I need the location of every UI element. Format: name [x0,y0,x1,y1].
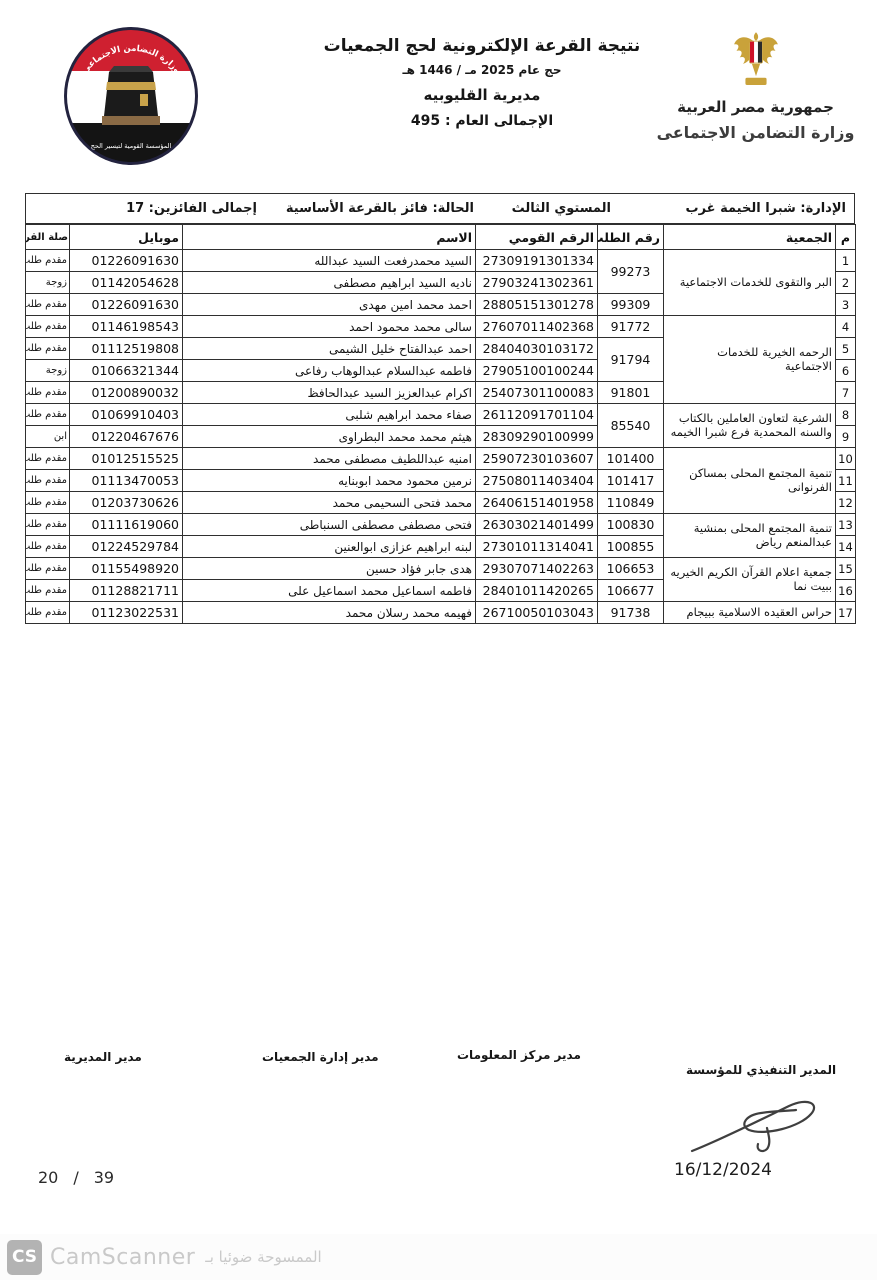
table-row: 10تنمية المجتمع المحلى بمساكن الفرنوانى1… [26,448,856,470]
cell-row-number: 12 [836,492,856,514]
table-body: 1البر والتقوى للخدمات الاجتماعية99273273… [26,250,856,624]
cell-request-no: 101417 [598,470,664,492]
cell-association: جمعية اعلام القرآن الكريم الخيريه ببيت ن… [664,558,836,602]
cell-row-number: 8 [836,404,856,426]
page-total: 39 [94,1168,114,1187]
cell-request-no: 91794 [598,338,664,382]
cell-request-no: 100830 [598,514,664,536]
camscanner-scanned-by: الممسوحة ضوئيا بـ [205,1248,321,1266]
egypt-emblem-block: جمهورية مصر العربية وزارة التضامن الاجتم… [648,28,863,142]
cell-national-id: 28404030103172 [476,338,598,360]
cell-mobile: 01224529784 [70,536,183,558]
col-header-national-id: الرقم القومي [476,225,598,250]
cell-row-number: 16 [836,580,856,602]
camscanner-watermark-bar: CS CamScanner الممسوحة ضوئيا بـ [0,1234,877,1280]
signature-title-directorate-manager: مدير المديرية [64,1050,142,1064]
cell-mobile: 01111619060 [70,514,183,536]
cell-national-id: 27301011314041 [476,536,598,558]
cell-kinship: مقدم طلب [26,404,70,426]
cell-request-no: 91772 [598,316,664,338]
cell-association: تنمية المجتمع المحلى بمنشية عبدالمنعم ري… [664,514,836,558]
cell-name: صفاء محمد ابراهيم شلبى [183,404,476,426]
cell-mobile: 01123022531 [70,602,183,624]
table-header-row: مالجمعيةرقم الطلبالرقم القوميالاسمموبايل… [26,225,856,250]
cell-mobile: 01220467676 [70,426,183,448]
cell-row-number: 3 [836,294,856,316]
cell-request-no: 91801 [598,382,664,404]
cell-row-number: 4 [836,316,856,338]
cell-row-number: 17 [836,602,856,624]
cell-association: الرحمه الخيرية للخدمات الاجتماعية [664,316,836,404]
logo-bottom-text: المؤسسة القومية لتيسير الحج [91,142,172,150]
cell-national-id: 25407301100083 [476,382,598,404]
cell-mobile: 01203730626 [70,492,183,514]
cell-kinship: مقدم طلب [26,338,70,360]
cell-national-id: 26406151401958 [476,492,598,514]
cell-name: هيثم محمد محمد البطراوى [183,426,476,448]
administration-field: الإدارة: شبرا الخيمة غرب [686,201,846,216]
cell-name: امنيه عبداللطيف مصطفى محمد [183,448,476,470]
level-field: المستوي الثالث [512,201,611,216]
col-header-association: الجمعية [664,225,836,250]
cell-mobile: 01226091630 [70,250,183,272]
cell-association: البر والتقوى للخدمات الاجتماعية [664,250,836,316]
cell-name: فهيمه محمد رسلان محمد [183,602,476,624]
cell-row-number: 5 [836,338,856,360]
cell-kinship: ابن [26,426,70,448]
cell-kinship: مقدم طلب [26,382,70,404]
cell-row-number: 13 [836,514,856,536]
cell-name: سالى محمد محمود احمد [183,316,476,338]
cell-name: السيد محمدرفعت السيد عبدالله [183,250,476,272]
cell-national-id: 26112091701104 [476,404,598,426]
cell-kinship: مقدم طلب [26,470,70,492]
cell-request-no: 106677 [598,580,664,602]
cell-name: نرمين محمود محمد ابوبنايه [183,470,476,492]
cell-national-id: 27903241302361 [476,272,598,294]
table-row: 17حراس العقيده الاسلامية ببيجام917382671… [26,602,856,624]
cell-request-no: 99309 [598,294,664,316]
republic-name: جمهورية مصر العربية [648,98,863,116]
cell-kinship: مقدم طلب [26,536,70,558]
cell-name: ناديه السيد ابراهيم مصطفى [183,272,476,294]
cell-kinship: مقدم طلب [26,558,70,580]
cell-request-no: 106653 [598,558,664,580]
cell-request-no: 110849 [598,492,664,514]
cell-kinship: مقدم طلب [26,294,70,316]
cell-kinship: مقدم طلب [26,316,70,338]
cell-mobile: 01012515525 [70,448,183,470]
ministry-name: وزارة التضامن الاجتماعى [648,123,863,142]
cell-row-number: 11 [836,470,856,492]
cell-row-number: 14 [836,536,856,558]
camscanner-brand: CamScanner [50,1245,195,1270]
signature-title-associations-manager: مدير إدارة الجمعيات [262,1050,379,1064]
info-bar: الإدارة: شبرا الخيمة غرب المستوي الثالث … [25,193,855,224]
cell-kinship: مقدم طلب [26,580,70,602]
cell-national-id: 27905100100244 [476,360,598,382]
cell-kinship: مقدم طلب [26,250,70,272]
cell-request-no: 100855 [598,536,664,558]
cell-name: فتحى مصطفى مصطفى السنباطى [183,514,476,536]
cell-national-id: 26303021401499 [476,514,598,536]
col-header-kinship: صلة القرابه [26,225,70,250]
document-date: 16/12/2024 [674,1160,772,1180]
signature-title-executive-manager: المدير التنفيذي للمؤسسة [686,1063,836,1077]
cell-request-no: 91738 [598,602,664,624]
cell-national-id: 26710050103043 [476,602,598,624]
cell-national-id: 27607011402368 [476,316,598,338]
status-field: الحالة: فائز بالقرعة الأساسية [286,201,474,216]
table-row: 8الشرعية لتعاون العاملين بالكتاب والسنه … [26,404,856,426]
lottery-results-table: مالجمعيةرقم الطلبالرقم القوميالاسمموبايل… [25,224,856,624]
cell-association: حراس العقيده الاسلامية ببيجام [664,602,836,624]
col-header-name: الاسم [183,225,476,250]
cell-mobile: 01146198543 [70,316,183,338]
handwritten-signature [688,1083,823,1161]
col-header-num: م [836,225,856,250]
cell-name: اكرام عبدالعزيز السيد عبدالحافظ [183,382,476,404]
table-row: 15جمعية اعلام القرآن الكريم الخيريه ببيت… [26,558,856,580]
cell-name: احمد عبدالفتاح خليل الشيمى [183,338,476,360]
camscanner-icon: CS [7,1240,42,1275]
cell-row-number: 1 [836,250,856,272]
cell-kinship: زوجة [26,272,70,294]
cell-row-number: 10 [836,448,856,470]
cell-name: لبنه ابراهيم عزازى ابوالعنين [183,536,476,558]
cell-request-no: 99273 [598,250,664,294]
table-row: 13تنمية المجتمع المحلى بمنشية عبدالمنعم … [26,514,856,536]
winners-total-field: إجمالى الفائزين: 17 [126,201,257,216]
cell-mobile: 01200890032 [70,382,183,404]
table-row: 4الرحمه الخيرية للخدمات الاجتماعية917722… [26,316,856,338]
cell-row-number: 2 [836,272,856,294]
cell-mobile: 01226091630 [70,294,183,316]
cell-mobile: 01113470053 [70,470,183,492]
col-header-request-no: رقم الطلب [598,225,664,250]
cell-national-id: 27508011403404 [476,470,598,492]
cell-name: احمد محمد امين مهدى [183,294,476,316]
cell-kinship: زوجة [26,360,70,382]
hajj-foundation-logo: وزارة التضامن الاجتماعي المؤسسة القومية … [60,24,202,172]
cell-kinship: مقدم طلب [26,448,70,470]
cell-national-id: 29307071402263 [476,558,598,580]
cell-row-number: 15 [836,558,856,580]
cell-request-no: 85540 [598,404,664,448]
cell-kinship: مقدم طلب [26,492,70,514]
cell-mobile: 01069910403 [70,404,183,426]
cell-row-number: 9 [836,426,856,448]
cell-mobile: 01066321344 [70,360,183,382]
cell-national-id: 28309290100999 [476,426,598,448]
cell-name: هدى جابر فؤاد حسين [183,558,476,580]
cell-row-number: 7 [836,382,856,404]
cell-row-number: 6 [836,360,856,382]
cell-mobile: 01155498920 [70,558,183,580]
cell-mobile: 01142054628 [70,272,183,294]
scanned-document-page: وزارة التضامن الاجتماعي المؤسسة القومية … [0,0,877,1280]
egypt-eagle-icon [730,28,782,90]
cell-kinship: مقدم طلب [26,514,70,536]
cell-national-id: 28805151301278 [476,294,598,316]
page-current: 20 [38,1168,58,1187]
cell-national-id: 25907230103607 [476,448,598,470]
signature-title-info-center-manager: مدير مركز المعلومات [457,1048,581,1062]
kaaba-oval-logo-icon: وزارة التضامن الاجتماعي المؤسسة القومية … [60,24,202,168]
cell-mobile: 01128821711 [70,580,183,602]
table-row: 1البر والتقوى للخدمات الاجتماعية99273273… [26,250,856,272]
cell-request-no: 101400 [598,448,664,470]
col-header-mobile: موبايل [70,225,183,250]
page-number: 20 / 39 [38,1168,114,1187]
cell-national-id: 28401011420265 [476,580,598,602]
cell-mobile: 01112519808 [70,338,183,360]
cell-kinship: مقدم طلب [26,602,70,624]
cell-national-id: 27309191301334 [476,250,598,272]
cell-name: محمد فتحى السحيمى محمد [183,492,476,514]
cell-association: الشرعية لتعاون العاملين بالكتاب والسنه ا… [664,404,836,448]
cell-association: تنمية المجتمع المحلى بمساكن الفرنوانى [664,448,836,514]
cell-name: فاطمه عبدالسلام عبدالوهاب رفاعى [183,360,476,382]
page-separator: / [73,1168,78,1187]
cell-name: فاطمه اسماعيل محمد اسماعيل على [183,580,476,602]
